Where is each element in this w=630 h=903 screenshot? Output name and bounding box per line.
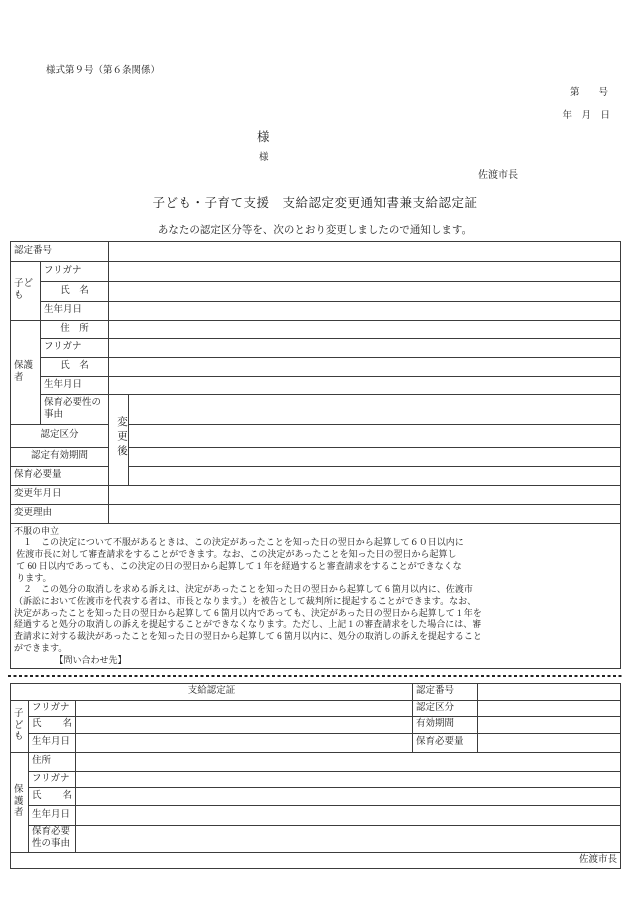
guardian-birthdate-value-cell <box>76 806 621 826</box>
appeal-line: ２ この処分の取消しを求める訴えは、決定があったことを知った日の翌日から起算して… <box>14 584 617 596</box>
care-amount-label: 保育必要量 <box>413 734 478 753</box>
guardian-name-label: 氏 名 <box>29 788 76 806</box>
care-reason-value-cell <box>129 395 621 425</box>
child-name-value-cell <box>76 717 413 734</box>
change-notification-table: 認定番号 子ども フリガナ 氏 名 生年月日 保護者 住 所 フリガナ 氏 名 <box>10 241 621 669</box>
appeal-line: ります。 <box>14 573 617 585</box>
cert-number-value-cell <box>109 242 621 262</box>
guardian-address-value-cell <box>109 321 621 339</box>
issuer-name-bottom: 佐渡市長 <box>11 853 621 869</box>
guardian-furigana-value-cell <box>76 772 621 788</box>
care-reason-value-cell <box>76 826 621 853</box>
appeal-line: 決定があったことを知った日の翌日から起算して 6 箇月以内であっても、決定があっ… <box>14 608 617 620</box>
child-birthdate-label: 生年月日 <box>29 734 76 753</box>
appeal-line: （訴訟において佐渡市を代表する者は、市長となります。）を被告として裁判所に提起す… <box>14 596 617 608</box>
appeal-line: １ この決定について不服があるときは、この決定があったことを知った日の翌日から起… <box>14 537 617 549</box>
form-page: 様式第９号（第６条関係） 第 号 年 月 日 様 様 佐渡市長 子ども・子育て支… <box>0 0 630 903</box>
guardian-address-label: 住 所 <box>41 321 109 339</box>
valid-period-label: 認定有効期間 <box>11 448 109 467</box>
appeal-line: 佐渡市長に対して審査請求をすることができます。なお、この決定があったことを知った… <box>14 549 617 561</box>
date-line: 年 月 日 <box>562 107 610 121</box>
form-number: 様式第９号（第６条関係） <box>46 62 160 76</box>
issuer-name-top: 佐渡市長 <box>478 166 518 181</box>
child-birthdate-value-cell <box>76 734 413 753</box>
certificate-title: 支給認定証 <box>11 684 413 701</box>
change-reason-label: 変更理由 <box>11 505 109 524</box>
after-change-label: 変更後 <box>109 395 129 486</box>
guardian-name-value-cell <box>76 788 621 806</box>
cert-number-value-cell <box>478 684 621 701</box>
child-furigana-label: フリガナ <box>41 262 109 282</box>
care-amount-label: 保育必要量 <box>11 467 109 486</box>
guardian-furigana-label: フリガナ <box>29 772 76 788</box>
guardian-birthdate-value-cell <box>109 377 621 395</box>
care-reason-label: 保育必要性の事由 <box>41 395 109 425</box>
guardian-furigana-label: フリガナ <box>41 339 109 358</box>
after-change-vertical-text: 変更後 <box>112 416 129 460</box>
change-reason-value-cell <box>109 505 621 524</box>
appeal-line: ができます。 <box>14 643 617 655</box>
child-furigana-label: フリガナ <box>29 701 76 717</box>
guardian-name-value-cell <box>109 358 621 377</box>
child-group-label: 子ども <box>11 262 41 321</box>
cert-category-label: 認定区分 <box>413 701 478 717</box>
appeal-line: て 60 日以内であっても、この決定の日の翌日から起算して 1 年を経過すると審… <box>14 561 617 573</box>
guardian-birthdate-label: 生年月日 <box>29 806 76 826</box>
care-reason-label: 保育必要性の事由 <box>29 826 76 853</box>
notice-text: あなたの認定区分等を、次のとおり変更しましたので通知します。 <box>0 222 630 237</box>
cert-number-label: 認定番号 <box>413 684 478 701</box>
valid-period-value-cell <box>129 448 621 467</box>
guardian-furigana-value-cell <box>109 339 621 358</box>
appeal-contact-line: 【問い合わせ先】 <box>14 655 617 667</box>
cert-category-value-cell <box>129 425 621 448</box>
guardian-group-label: 保護者 <box>11 321 41 425</box>
guardian-address-label: 住所 <box>29 753 76 772</box>
child-name-label: 氏 名 <box>29 717 76 734</box>
doc-number: 第 号 <box>570 84 608 98</box>
certificate-table: 支給認定証 認定番号 子ども フリガナ 認定区分 氏 名 有効期間 生年月日 保… <box>10 683 621 869</box>
care-amount-value-cell <box>129 467 621 486</box>
appeal-line: 査請求に対する裁決があったことを知った日の翌日から起算して 6 箇月以内に、処分… <box>14 631 617 643</box>
cut-line <box>8 675 622 677</box>
valid-period-value-cell <box>478 717 621 734</box>
appeal-line: 経過すると処分の取消しの訴えを提起することができなくなります。ただし、上記 1 … <box>14 619 617 631</box>
child-name-label: 氏 名 <box>41 282 109 302</box>
child-birthdate-value-cell <box>109 302 621 321</box>
document-title: 子ども・子育て支援 支給認定変更通知書兼支給認定証 <box>0 193 630 211</box>
child-birthdate-label: 生年月日 <box>41 302 109 321</box>
child-group-label: 子ども <box>11 701 29 753</box>
cert-number-label: 認定番号 <box>11 242 109 262</box>
change-date-label: 変更年月日 <box>11 486 109 505</box>
cert-category-value-cell <box>478 701 621 717</box>
child-name-value-cell <box>109 282 621 302</box>
guardian-address-value-cell <box>76 753 621 772</box>
valid-period-label: 有効期間 <box>413 717 478 734</box>
appeal-section: 不服の申立 １ この決定について不服があるときは、この決定があったことを知った日… <box>11 524 621 669</box>
addressee-sama-primary: 様 <box>257 127 270 145</box>
change-date-value-cell <box>109 486 621 505</box>
appeal-heading: 不服の申立 <box>14 526 617 538</box>
guardian-name-label: 氏 名 <box>41 358 109 377</box>
addressee-sama-secondary: 様 <box>259 149 269 163</box>
care-amount-value-cell <box>478 734 621 753</box>
guardian-group-label: 保護者 <box>11 753 29 853</box>
child-furigana-value-cell <box>109 262 621 282</box>
cert-category-label: 認定区分 <box>11 425 109 448</box>
child-furigana-value-cell <box>76 701 413 717</box>
guardian-birthdate-label: 生年月日 <box>41 377 109 395</box>
